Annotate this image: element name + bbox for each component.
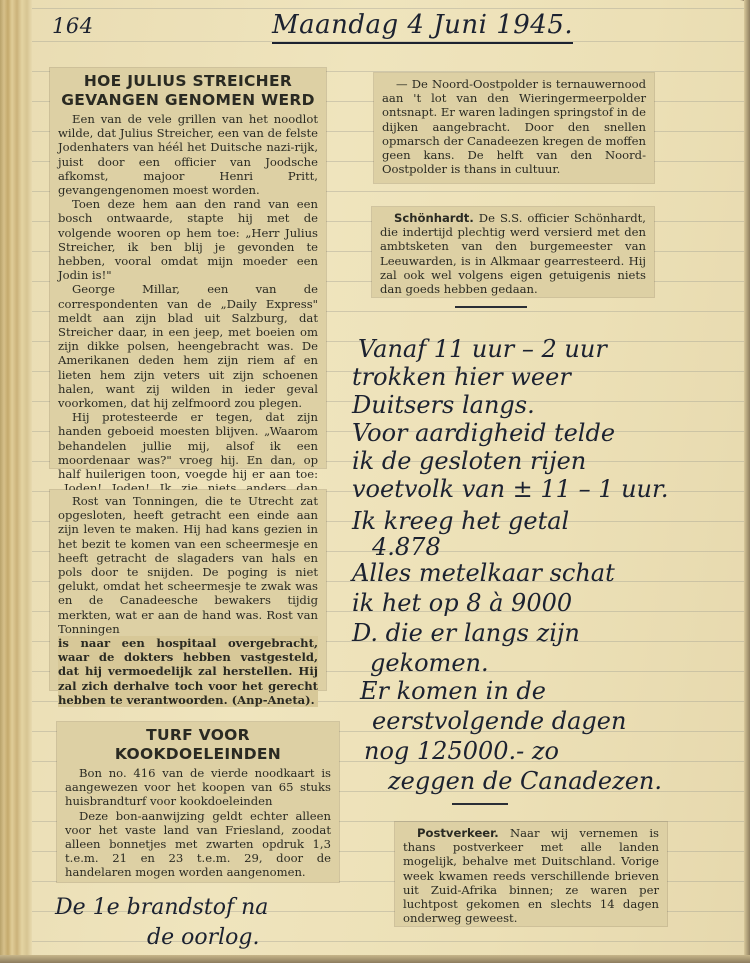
clipping-paragraph: Een van de vele grillen van het noodlot …: [58, 112, 318, 197]
clipping-paragraph: Rost van Tonningen, die te Utrecht zat o…: [58, 494, 318, 636]
clipping-tonningen: Rost van Tonningen, die te Utrecht zat o…: [50, 490, 326, 690]
clipping-headline: HOE JULIUS STREICHER GEVANGEN GENOMEN WE…: [58, 72, 318, 110]
clipping-streicher: HOE JULIUS STREICHER GEVANGEN GENOMEN WE…: [50, 68, 326, 468]
clipping-headline: TURF VOOR KOOKDOELEINDEN: [65, 726, 331, 764]
clipping-paragraph: — De Noord-Oostpolder is ternauwernood a…: [382, 77, 646, 176]
clipping-postverkeer: Postverkeer. Naar wij vernemen is thans …: [395, 822, 667, 926]
separator-rule: [455, 306, 527, 308]
handwritten-line: zeggen de Canadezen.: [352, 760, 668, 802]
clipping-paragraph: Naar wij vernemen is thans postverkeer m…: [403, 826, 659, 925]
clipping-paragraph: Toen deze hem aan den rand van een bosch…: [58, 197, 318, 282]
page-number: 164: [52, 14, 94, 38]
clipping-paragraph: George Millar, een van de correspondente…: [58, 282, 318, 410]
page-bottom-edge: [0, 955, 750, 963]
page-edge: [744, 0, 750, 963]
clipping-schonhardt: Schönhardt. De S.S. officier Schönhardt,…: [372, 207, 654, 297]
date-heading: Maandag 4 Juni 1945.: [272, 10, 573, 44]
clipping-turf: TURF VOOR KOOKDOELEINDEN Bon no. 416 van…: [57, 722, 339, 882]
clipping-noordoostpolder: — De Noord-Oostpolder is ternauwernood a…: [374, 73, 654, 183]
clipping-lead: Schönhardt.: [394, 211, 474, 225]
handwritten-line: de oorlog.: [55, 923, 268, 953]
clipping-paragraph: Bon no. 416 van de vierde noodkaart is a…: [65, 766, 331, 809]
handwritten-margin-note: De 1e brandstof na de oorlog.: [55, 893, 268, 953]
handwritten-line: De 1e brandstof na: [55, 893, 268, 923]
clipping-continuation: is naar een hospitaal overgebracht, waar…: [58, 636, 318, 707]
book-spine: [0, 0, 32, 963]
clipping-paragraph: Deze bon-aanwijzing geldt echter alleen …: [65, 809, 331, 880]
handwritten-entry: Vanaf 11 uur – 2 uur trokken hier weer D…: [352, 328, 668, 802]
separator-rule: [452, 803, 508, 805]
clipping-lead: Postverkeer.: [417, 826, 499, 840]
diary-page: 164 Maandag 4 Juni 1945. HOE JULIUS STRE…: [0, 0, 750, 963]
